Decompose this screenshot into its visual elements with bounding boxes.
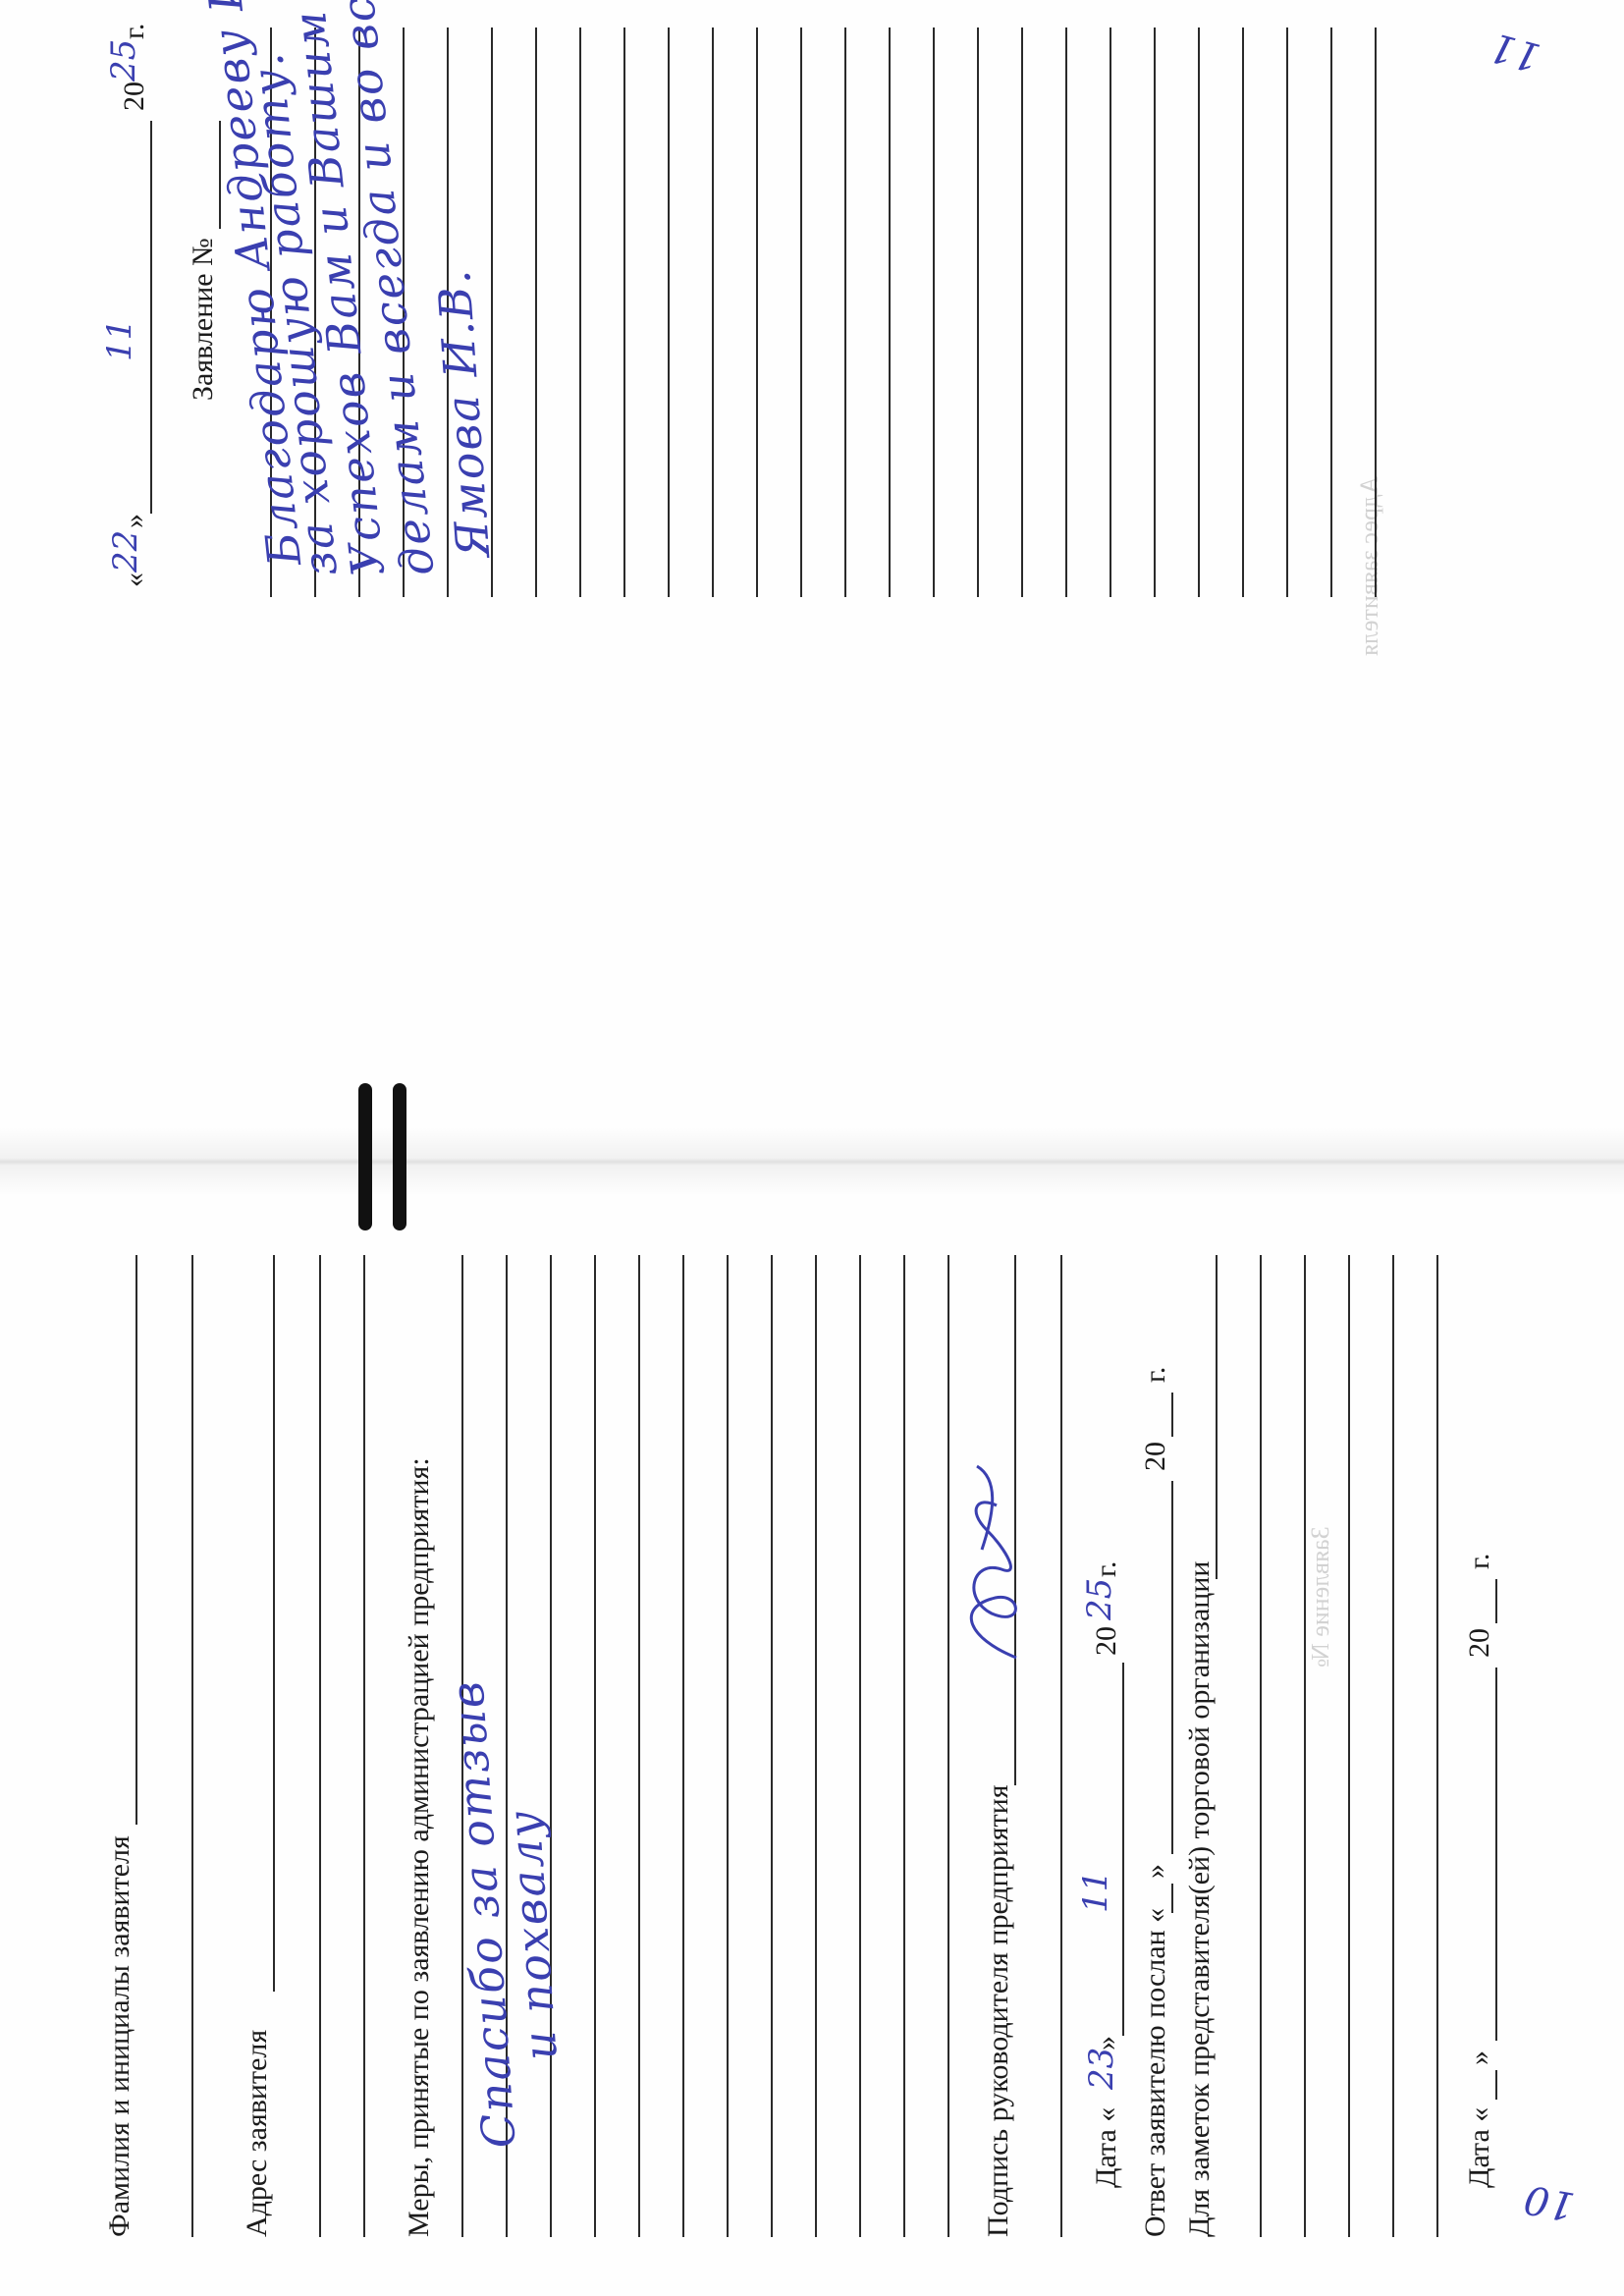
staple-icon [358, 1083, 372, 1230]
notes-line[interactable] [1348, 1255, 1350, 2237]
measures-line[interactable] [594, 1255, 596, 2237]
statement-line[interactable] [1198, 27, 1200, 597]
measures-line[interactable] [727, 1255, 729, 2237]
statement-line[interactable] [1330, 27, 1332, 597]
statement-line[interactable] [1375, 27, 1377, 597]
measures-line[interactable] [859, 1255, 861, 2237]
statement-line[interactable] [1286, 27, 1288, 597]
notes-date-close: » [1463, 2050, 1496, 2065]
reply-sent-day-field[interactable] [1171, 1884, 1173, 1913]
date-day-close: » [1090, 2036, 1123, 2050]
notes-date-month-field[interactable] [1495, 1667, 1497, 2041]
header-date-close: » [118, 514, 151, 528]
statement-line[interactable] [977, 27, 979, 597]
statement-line[interactable] [844, 27, 846, 597]
notes-date-year-unit: г. [1463, 1554, 1496, 1569]
notes-date-year-field[interactable] [1495, 1579, 1497, 1623]
header-date-open: « [118, 573, 151, 587]
notes-line[interactable] [1436, 1255, 1438, 2237]
notes-label: Для заметок представителя(ей) торговой о… [1183, 1561, 1217, 2237]
bleed-through-text: Адрес заявителя [1355, 476, 1384, 656]
document-spread: Заявление № Фамилия и инициалы заявителя… [0, 0, 1624, 2296]
statement-line[interactable] [1021, 27, 1023, 597]
notes-date-day-field[interactable] [1495, 2070, 1497, 2100]
applicant-name-field-line2[interactable] [191, 1255, 193, 2237]
measures-line[interactable] [682, 1255, 684, 2237]
reply-sent-close: » [1139, 1864, 1172, 1879]
applicant-address-field[interactable] [273, 1255, 275, 1992]
measures-line[interactable] [771, 1255, 773, 2237]
date-label: Дата « [1090, 2107, 1123, 2188]
applicant-address-line3[interactable] [363, 1255, 365, 2237]
statement-line[interactable] [889, 27, 891, 597]
date-year-prefix: 20 [1090, 1626, 1123, 1656]
statement-line[interactable] [1242, 27, 1244, 597]
notes-line[interactable] [1304, 1255, 1306, 2237]
statement-line[interactable] [756, 27, 758, 597]
header-date-day: 22 [106, 530, 145, 573]
bleed-through-text: Заявление № [1306, 1526, 1335, 1667]
date-year-unit: г. [1090, 1561, 1123, 1577]
date-month-field[interactable] [1122, 1663, 1124, 2036]
statement-line[interactable] [535, 27, 537, 597]
notes-line[interactable] [1260, 1255, 1262, 2237]
header-date-month: 11 [100, 319, 139, 361]
measures-line[interactable] [815, 1255, 817, 2237]
page-number-right: 11 [1485, 24, 1544, 81]
staple-icon [393, 1083, 406, 1230]
manager-signature-icon [947, 1451, 1036, 1667]
page-fold [0, 1127, 1624, 1196]
reply-sent-year-prefix: 20 [1139, 1442, 1172, 1471]
date-day-value: 23 [1082, 2048, 1121, 2090]
measures-line[interactable] [550, 1255, 552, 2237]
header-date-month-field[interactable] [150, 121, 152, 514]
date-year-value: 25 [1080, 1578, 1119, 1620]
reply-sent-month-field[interactable] [1171, 1481, 1173, 1854]
notes-line[interactable] [1392, 1255, 1394, 2237]
measures-line[interactable] [903, 1255, 905, 2237]
statement-line[interactable] [623, 27, 625, 597]
statement-line[interactable] [1154, 27, 1156, 597]
statement-line[interactable] [579, 27, 581, 597]
reply-sent-year-field[interactable] [1171, 1393, 1173, 1437]
right-page: Адрес заявителя « 22 » 11 20 25 г. Заявл… [0, 0, 1624, 1167]
notes-field[interactable] [1216, 1255, 1218, 1579]
manager-signature-label: Подпись руководителя предприятия [982, 1784, 1015, 2237]
measures-line[interactable] [947, 1255, 949, 2237]
measures-label: Меры, принятые по заявлению администраци… [403, 1457, 436, 2237]
header-date-year-unit: г. [118, 24, 151, 39]
statement-line[interactable] [933, 27, 935, 597]
date-month-value: 11 [1076, 1871, 1115, 1913]
reply-sent-year-unit: г. [1139, 1367, 1172, 1383]
notes-date-label: Дата « [1463, 2107, 1496, 2188]
statement-line[interactable] [800, 27, 802, 597]
applicant-address-line2[interactable] [319, 1255, 321, 2237]
header-date-year-prefix: 20 [118, 82, 151, 111]
applicant-address-label: Адрес заявителя [241, 2030, 274, 2237]
measures-line[interactable] [638, 1255, 640, 2237]
applicant-name-label: Фамилия и инициалы заявителя [103, 1835, 136, 2237]
notes-date-year-prefix: 20 [1463, 1628, 1496, 1658]
statement-line[interactable] [712, 27, 714, 597]
left-page: Заявление № Фамилия и инициалы заявителя… [0, 1167, 1624, 2296]
header-date-year: 25 [104, 39, 143, 82]
reply-sent-label: Ответ заявителю послан « [1139, 1908, 1172, 2237]
statement-line[interactable] [1110, 27, 1111, 597]
divider-line [1060, 1255, 1062, 2237]
statement-line[interactable] [1065, 27, 1067, 597]
statement-line[interactable] [668, 27, 670, 597]
statement-label: Заявление № [187, 238, 220, 401]
applicant-name-field[interactable] [135, 1255, 137, 1825]
page-number-left: 10 [1521, 2175, 1578, 2228]
